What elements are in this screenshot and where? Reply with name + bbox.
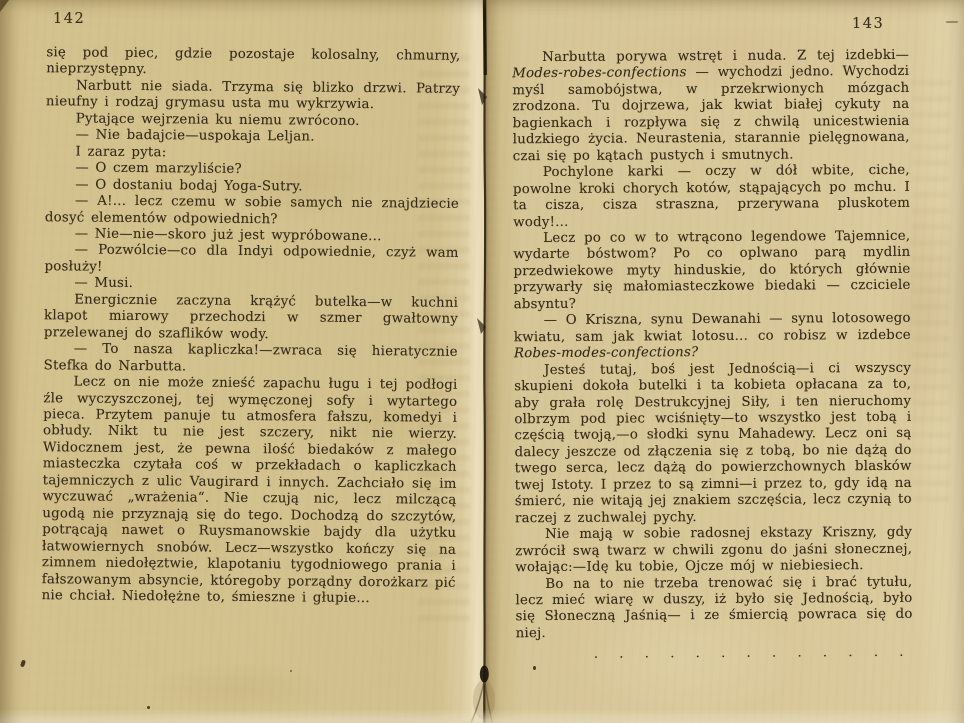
paper-speck xyxy=(533,666,536,670)
paper-speck xyxy=(147,706,150,709)
paragraph: Lecz on nie może znieść zapachu ługu i t… xyxy=(42,374,458,608)
paragraph: — To nasza kapliczka!—zwraca się hieraty… xyxy=(44,341,458,378)
paragraph: — Pozwólcie—co dla Indyi odpowiednie, cz… xyxy=(44,243,458,280)
paper-speck xyxy=(946,21,958,23)
ellipsis-row: . . . . . . . . . . . . . xyxy=(516,645,913,664)
paragraph: się pod piec, gdzie pozostaje kolosalny,… xyxy=(46,45,460,82)
paragraph: — A!... lecz czemu w sobie samych nie zn… xyxy=(45,193,459,230)
paragraph: Bo na to nie trzeba trenować się i brać … xyxy=(515,574,912,642)
page-right-text: Narbutta porywa wstręt i nuda. Z tej izd… xyxy=(512,48,913,664)
page-number-right: 143 xyxy=(852,16,884,32)
page-left-text: się pod piec, gdzie pozostaje kolosalny,… xyxy=(42,45,461,608)
paragraph: — O Kriszna, synu Dewanahi — synu lotoso… xyxy=(514,311,911,363)
paragraph: Narbutta porywa wstręt i nuda. Z tej izd… xyxy=(512,48,910,166)
paragraph: Narbutt nie siada. Trzyma się blizko drz… xyxy=(46,78,460,115)
paragraph: Nie mają w sobie radosnej ekstazy Kriszn… xyxy=(515,525,912,577)
paragraph: Pochylone karki — oczy w dół wbite, cich… xyxy=(513,163,910,231)
paragraph: Energicznie zaczyna krążyć butelka—w kuc… xyxy=(44,292,458,345)
book-spread: 142 143 się pod piec, gdzie pozostaje ko… xyxy=(0,0,964,723)
page-number-left: 142 xyxy=(53,11,85,27)
paragraph: Jesteś tutaj, boś jest Jednością—i ci ws… xyxy=(514,360,912,527)
paragraph: Lecz po co w to wtrącono legendowe Tajem… xyxy=(513,229,910,314)
paper-speck xyxy=(290,670,292,672)
